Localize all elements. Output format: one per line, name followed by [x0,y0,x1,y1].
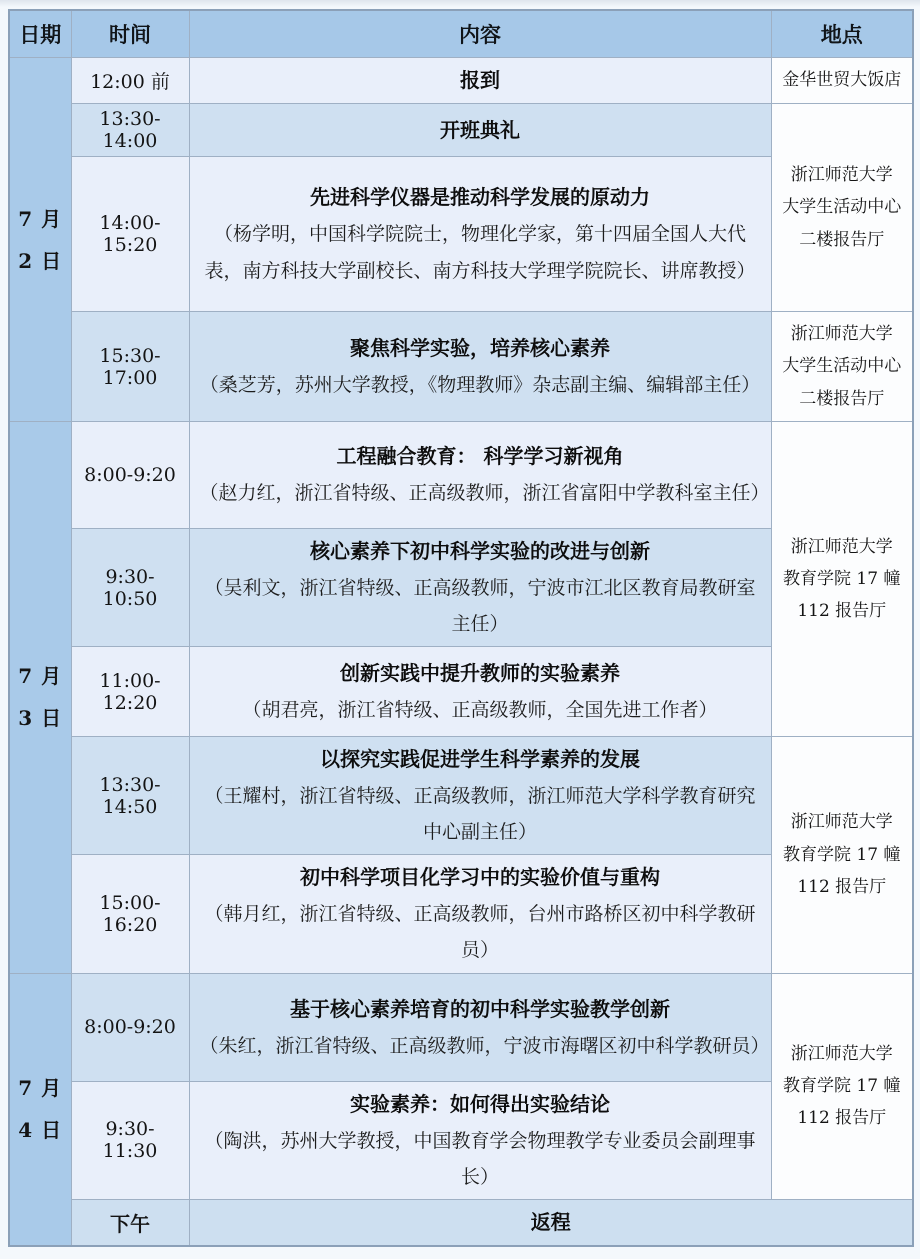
session-title: 报到 [200,62,761,99]
schedule-page: 日期 时间 内容 地点 7 月 2 日 12:00 前 报到 金华世贸大饭店 1… [0,0,920,1259]
session-cell: 实验素养：如何得出实验结论 （陶洪，苏州大学教授，中国教育学会物理教学专业委员会… [189,1081,771,1199]
table-row: 15:30-17:00 聚焦科学实验，培养核心素养 （桑芝芳，苏州大学教授，《物… [9,312,913,422]
time-cell: 8:00-9:20 [71,973,189,1081]
table-row: 7 月 4 日 8:00-9:20 基于核心素养培育的初中科学实验教学创新 （朱… [9,973,913,1081]
header-date: 日期 [9,10,71,58]
time-cell: 下午 [71,1199,189,1246]
session-cell: 创新实践中提升教师的实验素养 （胡君亮，浙江省特级、正高级教师，全国先进工作者） [189,647,771,737]
session-cell: 初中科学项目化学习中的实验价值与重构 （韩月红，浙江省特级、正高级教师，台州市路… [189,855,771,973]
table-row: 7 月 3 日 8:00-9:20 工程融合教育： 科学学习新视角 （赵力红，浙… [9,422,913,529]
session-speaker: （赵力红，浙江省特级、正高级教师，浙江省富阳中学教科室主任） [200,475,761,511]
session-cell: 报到 [189,58,771,104]
session-title: 核心素养下初中科学实验的改进与创新 [200,533,761,570]
table-row: 7 月 2 日 12:00 前 报到 金华世贸大饭店 [9,58,913,104]
session-cell: 返程 [189,1199,913,1246]
session-speaker: （韩月红，浙江省特级、正高级教师，台州市路桥区初中科学教研员） [200,896,761,968]
session-speaker: （桑芝芳，苏州大学教授，《物理教师》杂志副主编、编辑部主任） [200,367,761,403]
date-cell-jul-4: 7 月 4 日 [9,973,71,1246]
time-cell: 8:00-9:20 [71,422,189,529]
table-row: 下午 返程 [9,1199,913,1246]
location-cell: 浙江师范大学 大学生活动中心 二楼报告厅 [771,104,913,312]
session-cell: 核心素养下初中科学实验的改进与创新 （吴利文，浙江省特级、正高级教师，宁波市江北… [189,529,771,647]
time-cell: 15:00-16:20 [71,855,189,973]
time-cell: 9:30-10:50 [71,529,189,647]
location-cell: 浙江师范大学 教育学院 17 幢 112 报告厅 [771,422,913,737]
time-cell: 13:30-14:50 [71,737,189,855]
session-title: 返程 [200,1204,903,1241]
time-cell: 11:00-12:20 [71,647,189,737]
time-cell: 9:30-11:30 [71,1081,189,1199]
session-title: 聚焦科学实验，培养核心素养 [200,330,761,367]
date-cell-jul-2: 7 月 2 日 [9,58,71,422]
session-title: 开班典礼 [200,112,761,149]
session-title: 先进科学仪器是推动科学发展的原动力 [200,179,761,216]
session-cell: 工程融合教育： 科学学习新视角 （赵力红，浙江省特级、正高级教师，浙江省富阳中学… [189,422,771,529]
session-speaker: （王耀村，浙江省特级、正高级教师，浙江师范大学科学教育研究中心副主任） [200,778,761,850]
location-cell: 浙江师范大学 教育学院 17 幢 112 报告厅 [771,973,913,1199]
session-speaker: （杨学明，中国科学院院士，物理化学家，第十四届全国人大代表，南方科技大学副校长、… [200,216,761,288]
time-cell: 13:30-14:00 [71,104,189,157]
session-cell: 以探究实践促进学生科学素养的发展 （王耀村，浙江省特级、正高级教师，浙江师范大学… [189,737,771,855]
header-location: 地点 [771,10,913,58]
session-title: 实验素养：如何得出实验结论 [200,1086,761,1123]
session-title: 初中科学项目化学习中的实验价值与重构 [200,859,761,896]
session-cell: 基于核心素养培育的初中科学实验教学创新 （朱红，浙江省特级、正高级教师，宁波市海… [189,973,771,1081]
header-time: 时间 [71,10,189,58]
session-cell: 开班典礼 [189,104,771,157]
session-cell: 先进科学仪器是推动科学发展的原动力 （杨学明，中国科学院院士，物理化学家，第十四… [189,157,771,312]
date-cell-jul-3: 7 月 3 日 [9,422,71,974]
session-speaker: （朱红，浙江省特级、正高级教师，宁波市海曙区初中科学教研员） [200,1028,761,1064]
schedule-table: 日期 时间 内容 地点 7 月 2 日 12:00 前 报到 金华世贸大饭店 1… [8,9,914,1247]
table-row: 13:30-14:00 开班典礼 浙江师范大学 大学生活动中心 二楼报告厅 [9,104,913,157]
time-cell: 15:30-17:00 [71,312,189,422]
session-title: 创新实践中提升教师的实验素养 [200,655,761,692]
location-cell: 金华世贸大饭店 [771,58,913,104]
header-content: 内容 [189,10,771,58]
session-cell: 聚焦科学实验，培养核心素养 （桑芝芳，苏州大学教授，《物理教师》杂志副主编、编辑… [189,312,771,422]
session-title: 以探究实践促进学生科学素养的发展 [200,741,761,778]
session-speaker: （陶洪，苏州大学教授，中国教育学会物理教学专业委员会副理事长） [200,1123,761,1195]
table-row: 13:30-14:50 以探究实践促进学生科学素养的发展 （王耀村，浙江省特级、… [9,737,913,855]
session-speaker: （胡君亮，浙江省特级、正高级教师，全国先进工作者） [200,692,761,728]
time-cell: 14:00-15:20 [71,157,189,312]
time-cell: 12:00 前 [71,58,189,104]
location-cell: 浙江师范大学 教育学院 17 幢 112 报告厅 [771,737,913,973]
session-speaker: （吴利文，浙江省特级、正高级教师，宁波市江北区教育局教研室主任） [200,570,761,642]
header-row: 日期 时间 内容 地点 [9,10,913,58]
session-title: 基于核心素养培育的初中科学实验教学创新 [200,991,761,1028]
session-title: 工程融合教育： 科学学习新视角 [200,438,761,475]
location-cell: 浙江师范大学 大学生活动中心 二楼报告厅 [771,312,913,422]
